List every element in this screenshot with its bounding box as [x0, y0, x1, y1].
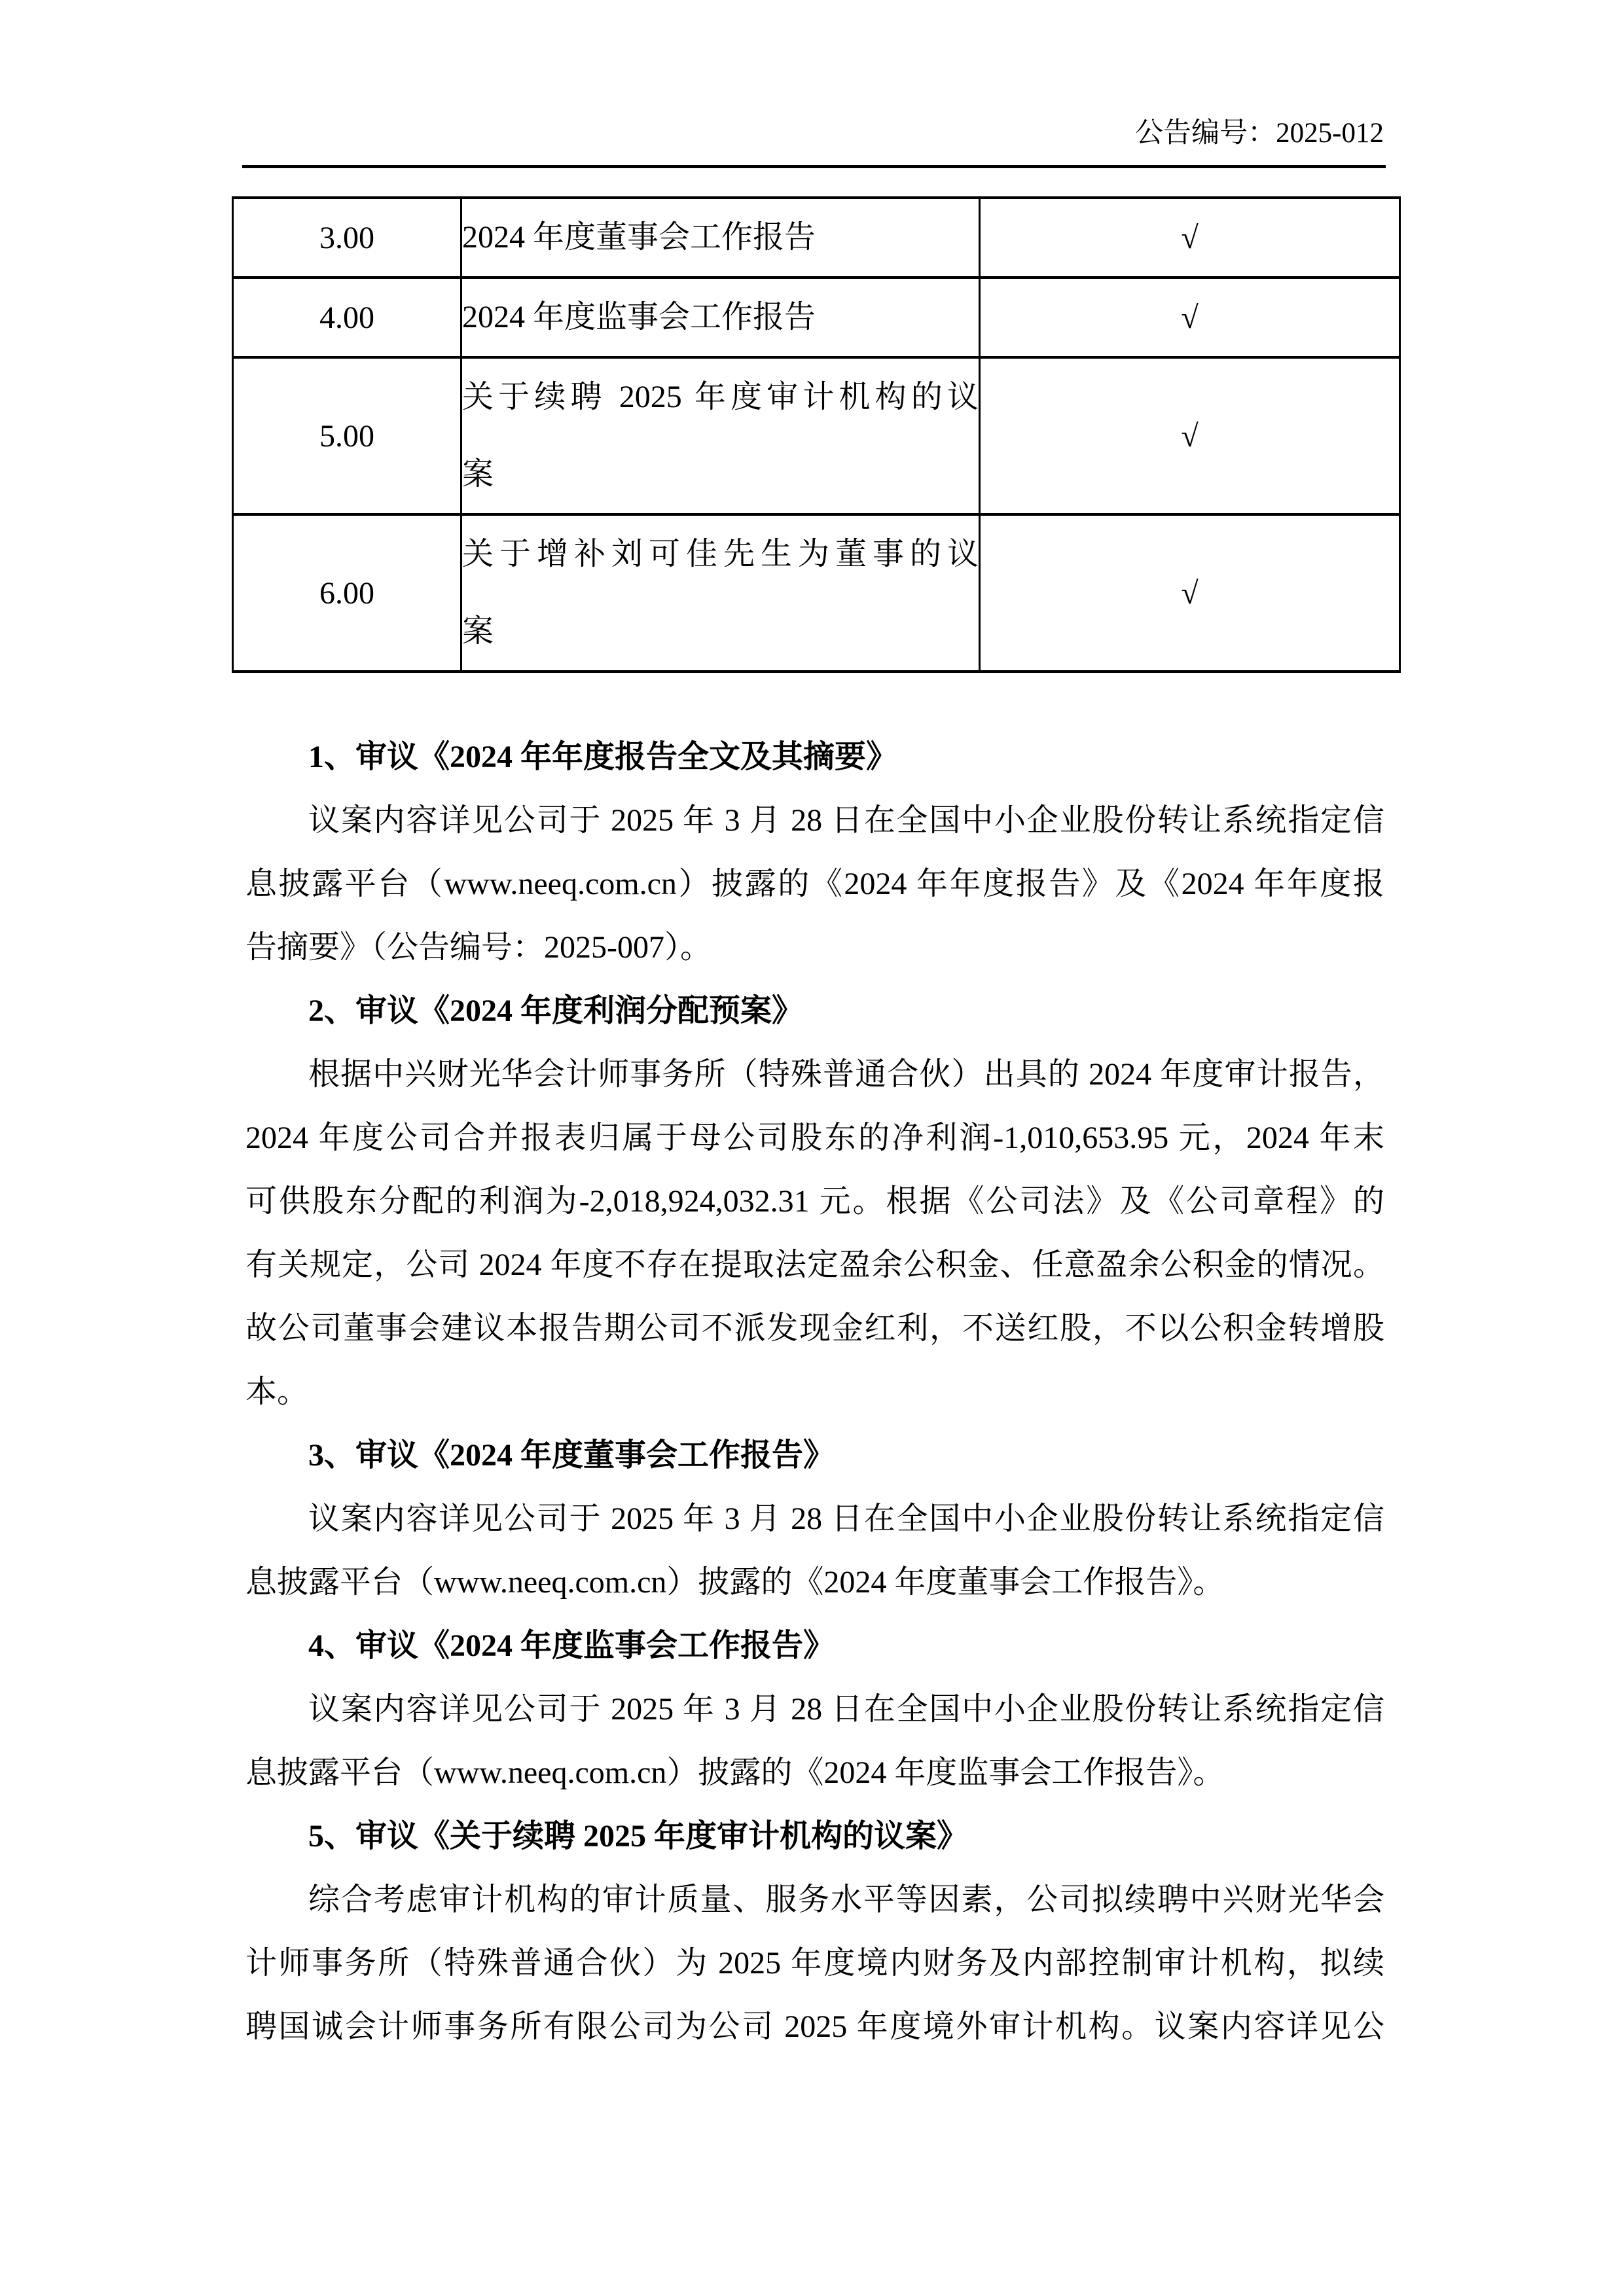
motion-title-line: 关于续聘 2025 年度审计机构的议	[462, 359, 979, 436]
body-line: 故公司董事会建议本报告期公司不派发现金红利，不送红股，不以公积金转增股	[245, 1297, 1384, 1360]
section-2-heading: 2、审议《2024 年度利润分配预案》	[245, 979, 1384, 1043]
section-3-heading: 3、审议《2024 年度董事会工作报告》	[245, 1424, 1384, 1487]
motion-number-cell: 4.00	[233, 278, 461, 357]
body-line: 可供股东分配的利润为-2,018,924,032.31 元。根据《公司法》及《公…	[245, 1170, 1384, 1233]
motion-title-line: 2024 年度监事会工作报告	[462, 279, 979, 356]
motion-title-line: 2024 年度董事会工作报告	[462, 199, 979, 276]
body-line: 2024 年度公司合并报表归属于母公司股东的净利润-1,010,653.95 元…	[245, 1106, 1384, 1170]
section-1-heading: 1、审议《2024 年年度报告全文及其摘要》	[245, 725, 1384, 789]
motion-vote-cell: √	[980, 278, 1400, 357]
header-rule	[242, 165, 1386, 168]
table-row: 4.00 2024 年度监事会工作报告 √	[233, 278, 1400, 357]
body-line: 有关规定，公司 2024 年度不存在提取法定盈余公积金、任意盈余公积金的情况。	[245, 1233, 1384, 1297]
motion-title-cell: 2024 年度董事会工作报告	[461, 198, 980, 278]
motion-table: 3.00 2024 年度董事会工作报告 √ 4.00 2024 年度监事会工作报…	[232, 196, 1401, 673]
body-line: 聘国诚会计师事务所有限公司为公司 2025 年度境外审计机构。议案内容详见公	[245, 1995, 1384, 2058]
document-page: 公告编号：2025-012 3.00 2024 年度董事会工作报告 √ 4.00…	[0, 0, 1624, 2296]
body-line: 议案内容详见公司于 2025 年 3 月 28 日在全国中小企业股份转让系统指定…	[245, 1487, 1384, 1551]
table-row: 6.00 关于增补刘可佳先生为董事的议 案 √	[233, 514, 1400, 672]
motion-title-cell: 2024 年度监事会工作报告	[461, 278, 980, 357]
body-line: 根据中兴财光华会计师事务所（特殊普通合伙）出具的 2024 年度审计报告，	[245, 1043, 1384, 1106]
motion-title-cell: 关于增补刘可佳先生为董事的议 案	[461, 514, 980, 672]
body-line: 计师事务所（特殊普通合伙）为 2025 年度境内财务及内部控制审计机构，拟续	[245, 1931, 1384, 1995]
body-line: 综合考虑审计机构的审计质量、服务水平等因素，公司拟续聘中兴财光华会	[245, 1868, 1384, 1931]
motion-title-cell: 关于续聘 2025 年度审计机构的议 案	[461, 357, 980, 514]
body-line: 议案内容详见公司于 2025 年 3 月 28 日在全国中小企业股份转让系统指定…	[245, 789, 1384, 852]
motion-number-cell: 3.00	[233, 198, 461, 278]
body-line: 议案内容详见公司于 2025 年 3 月 28 日在全国中小企业股份转让系统指定…	[245, 1677, 1384, 1741]
body-line: 息披露平台（www.neeq.com.cn）披露的《2024 年度监事会工作报告…	[245, 1741, 1384, 1804]
motion-vote-cell: √	[980, 514, 1400, 672]
notice-number: 公告编号：2025-012	[1135, 117, 1384, 151]
body-line: 本。	[245, 1360, 1384, 1424]
motion-title-line: 案	[462, 593, 979, 670]
section-5-heading: 5、审议《关于续聘 2025 年度审计机构的议案》	[245, 1804, 1384, 1868]
motion-number-cell: 6.00	[233, 514, 461, 672]
motion-title-line: 关于增补刘可佳先生为董事的议	[462, 516, 979, 593]
motion-number-cell: 5.00	[233, 357, 461, 514]
motion-vote-cell: √	[980, 357, 1400, 514]
motion-vote-cell: √	[980, 198, 1400, 278]
table-row: 3.00 2024 年度董事会工作报告 √	[233, 198, 1400, 278]
body-line: 息披露平台（www.neeq.com.cn）披露的《2024 年度董事会工作报告…	[245, 1551, 1384, 1614]
motion-title-line: 案	[462, 436, 979, 513]
body-line: 息披露平台（www.neeq.com.cn）披露的《2024 年年度报告》及《2…	[245, 852, 1384, 916]
body-line: 告摘要》（公告编号：2025-007）。	[245, 916, 1384, 979]
section-4-heading: 4、审议《2024 年度监事会工作报告》	[245, 1614, 1384, 1677]
table-row: 5.00 关于续聘 2025 年度审计机构的议 案 √	[233, 357, 1400, 514]
document-body: 1、审议《2024 年年度报告全文及其摘要》 议案内容详见公司于 2025 年 …	[245, 725, 1384, 2058]
